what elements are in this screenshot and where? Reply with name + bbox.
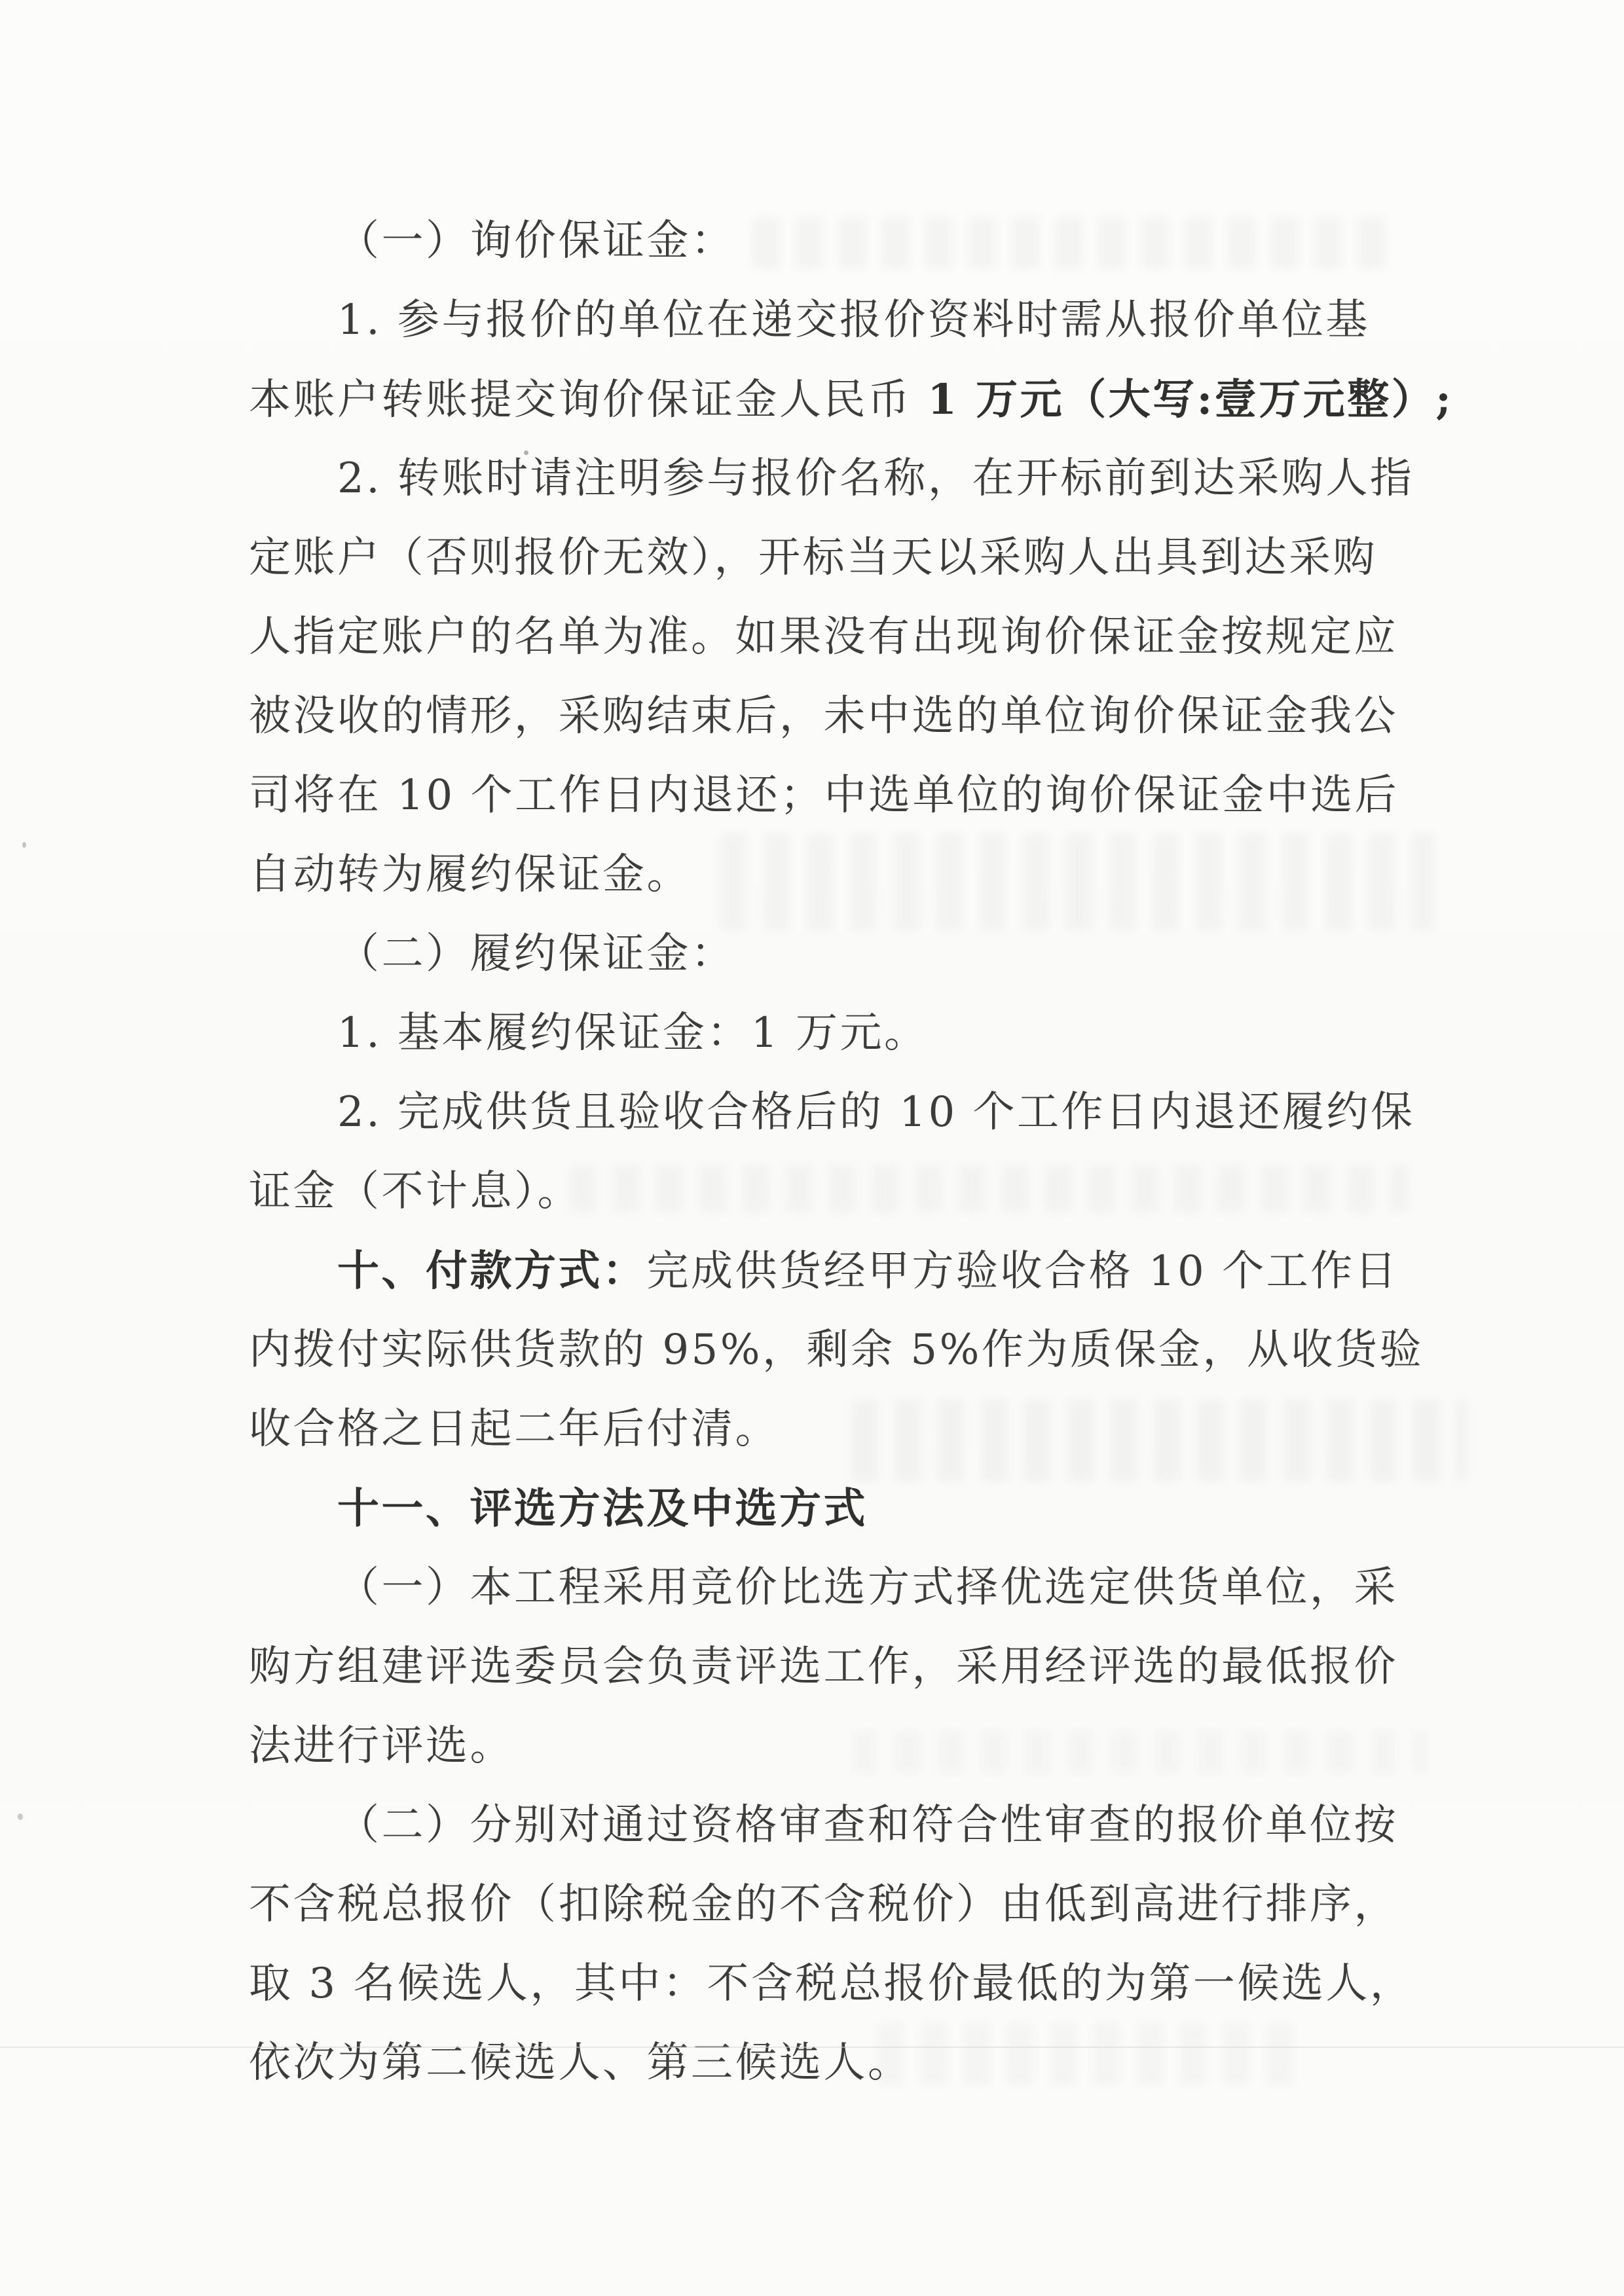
text-segment: 被没收的情形，采购结束后，未中选的单位询价保证金我公	[249, 692, 1398, 740]
text-line-18: （一）本工程采用竞价比选方式择优选定供货单位，采	[249, 1548, 1428, 1628]
bold-text-segment: 1 万元（大写:壹万元整）;	[927, 375, 1453, 424]
text-line-13: 证金（不计息）。	[249, 1152, 1428, 1231]
text-segment: 1. 参与报价的单位在递交报价资料时需从报价单位基	[337, 296, 1370, 344]
text-segment: 完成供货经甲方验收合格 10 个工作日	[647, 1247, 1399, 1296]
text-line-2: 1. 参与报价的单位在递交报价资料时需从报价单位基	[249, 281, 1428, 360]
text-line-16: 收合格之日起二年后付清。	[249, 1390, 1428, 1469]
text-line-20: 法进行评选。	[249, 1707, 1428, 1786]
text-line-19: 购方组建评选委员会负责评选工作，采用经评选的最低报价	[249, 1628, 1428, 1707]
text-segment: （二）履约保证金：	[337, 930, 735, 978]
text-segment: 人指定账户的名单为准。如果没有出现询价保证金按规定应	[249, 613, 1398, 661]
text-segment: 自动转为履约保证金。	[249, 850, 691, 899]
text-line-8: 司将在 10 个工作日内退还；中选单位的询价保证金中选后	[249, 756, 1428, 835]
text-line-1: （一）询价保证金：	[249, 202, 1428, 281]
toner-speck	[524, 450, 528, 455]
document-page: （一）询价保证金：1. 参与报价的单位在递交报价资料时需从报价单位基本账户转账提…	[0, 0, 1624, 2296]
text-line-24: 依次为第二候选人、第三候选人。	[249, 2024, 1428, 2103]
text-segment: 内拨付实际供货款的 95%，剩余 5%作为质保金，从收货验	[249, 1326, 1424, 1374]
bold-text-segment: 十、付款方式：	[337, 1247, 647, 1296]
text-segment: 不含税总报价（扣除税金的不含税价）由低到高进行排序，	[249, 1880, 1398, 1929]
text-line-12: 2. 完成供货且验收合格后的 10 个工作日内退还履约保	[249, 1073, 1428, 1152]
text-segment: （一）本工程采用竞价比选方式择优选定供货单位，采	[337, 1563, 1398, 1612]
text-line-7: 被没收的情形，采购结束后，未中选的单位询价保证金我公	[249, 677, 1428, 756]
text-segment: 购方组建评选委员会负责评选工作，采用经评选的最低报价	[249, 1643, 1398, 1691]
text-segment: 1. 基本履约保证金：1 万元。	[337, 1009, 928, 1057]
text-segment: （二）分别对通过资格审查和符合性审查的报价单位按	[337, 1801, 1398, 1850]
text-segment: 司将在 10 个工作日内退还；中选单位的询价保证金中选后	[249, 771, 1399, 820]
text-segment: 法进行评选。	[249, 1722, 514, 1770]
text-segment: （一）询价保证金：	[337, 217, 735, 265]
text-line-3: 本账户转账提交询价保证金人民币 1 万元（大写:壹万元整）;	[249, 360, 1428, 439]
text-segment: 本账户转账提交询价保证金人民币	[249, 376, 927, 424]
text-line-21: （二）分别对通过资格审查和符合性审查的报价单位按	[249, 1786, 1428, 1865]
toner-speck	[18, 1813, 23, 1820]
toner-speck	[22, 842, 26, 848]
scanner-streak-artifact	[0, 2047, 1624, 2048]
text-line-10: （二）履约保证金：	[249, 915, 1428, 994]
text-segment: 2. 转账时请注明参与报价名称，在开标前到达采购人指	[337, 454, 1414, 503]
text-segment: 2. 完成供货且验收合格后的 10 个工作日内退还履约保	[337, 1088, 1415, 1137]
text-line-15: 内拨付实际供货款的 95%，剩余 5%作为质保金，从收货验	[249, 1311, 1428, 1390]
text-segment: 定账户（否则报价无效），开标当天以采购人出具到达采购	[249, 534, 1377, 582]
text-line-22: 不含税总报价（扣除税金的不含税价）由低到高进行排序，	[249, 1865, 1428, 1944]
bold-text-segment: 十一、评选方法及中选方式	[337, 1484, 868, 1533]
document-text-block: （一）询价保证金：1. 参与报价的单位在递交报价资料时需从报价单位基本账户转账提…	[249, 202, 1428, 2103]
text-segment: 取 3 名候选人，其中：不含税总报价最低的为第一候选人，	[249, 1959, 1414, 2008]
text-line-6: 人指定账户的名单为准。如果没有出现询价保证金按规定应	[249, 598, 1428, 677]
text-line-5: 定账户（否则报价无效），开标当天以采购人出具到达采购	[249, 519, 1428, 598]
text-line-23: 取 3 名候选人，其中：不含税总报价最低的为第一候选人，	[249, 1944, 1428, 2024]
text-line-9: 自动转为履约保证金。	[249, 835, 1428, 915]
text-line-11: 1. 基本履约保证金：1 万元。	[249, 994, 1428, 1073]
text-line-4: 2. 转账时请注明参与报价名称，在开标前到达采购人指	[249, 439, 1428, 519]
text-segment: 证金（不计息）。	[249, 1167, 581, 1216]
text-line-17: 十一、评选方法及中选方式	[249, 1469, 1428, 1548]
text-segment: 收合格之日起二年后付清。	[249, 1405, 779, 1453]
text-line-14: 十、付款方式：完成供货经甲方验收合格 10 个工作日	[249, 1231, 1428, 1311]
